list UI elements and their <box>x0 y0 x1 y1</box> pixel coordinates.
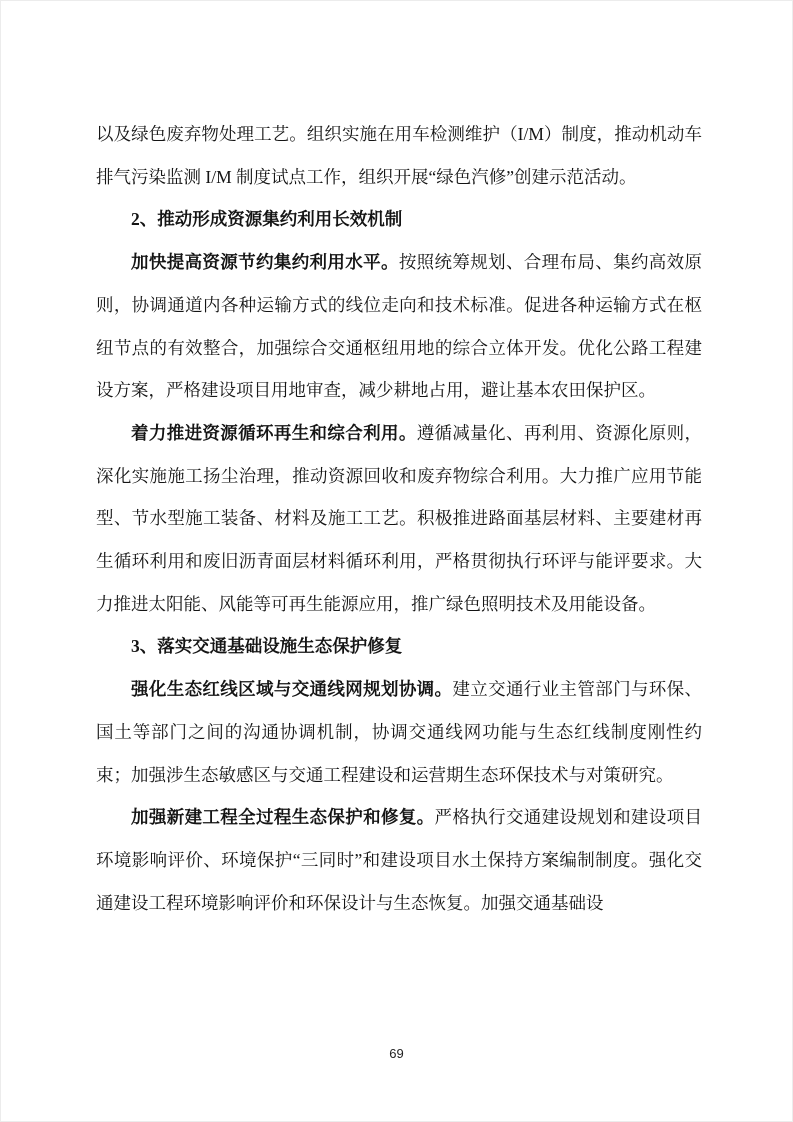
paragraph-resource-saving: 加快提高资源节约集约利用水平。按照统筹规划、合理布局、集约高效原则，协调通道内各… <box>96 241 702 412</box>
paragraph-new-construction: 加强新建工程全过程生态保护和修复。严格执行交通建设规划和建设项目环境影响评价、环… <box>96 796 702 924</box>
paragraph-text: 遵循减量化、再利用、资源化原则，深化实施施工扬尘治理，推动资源回收和废弃物综合利… <box>96 423 702 614</box>
paragraph-lead: 着力推进资源循环再生和综合利用。 <box>131 423 417 443</box>
document-page: 以及绿色废弃物处理工艺。组织实施在用车检测维护（I/M）制度，推动机动车排气污染… <box>0 0 793 1122</box>
paragraph-text: 按照统筹规划、合理布局、集约高效原则，协调通道内各种运输方式的线位走向和技术标准… <box>96 252 702 400</box>
heading-section-2: 2、推动形成资源集约利用长效机制 <box>96 198 702 241</box>
paragraph-text: 以及绿色废弃物处理工艺。组织实施在用车检测维护（I/M）制度，推动机动车排气污染… <box>96 124 702 187</box>
paragraph-lead: 强化生态红线区域与交通线网规划协调。 <box>131 679 452 699</box>
paragraph-recycling: 着力推进资源循环再生和综合利用。遵循减量化、再利用、资源化原则，深化实施施工扬尘… <box>96 412 702 626</box>
paragraph-eco-redline: 强化生态红线区域与交通线网规划协调。建立交通行业主管部门与环保、国土等部门之间的… <box>96 668 702 796</box>
paragraph-continued: 以及绿色废弃物处理工艺。组织实施在用车检测维护（I/M）制度，推动机动车排气污染… <box>96 113 702 198</box>
paragraph-lead: 加快提高资源节约集约利用水平。 <box>131 252 399 272</box>
heading-section-3: 3、落实交通基础设施生态保护修复 <box>96 625 702 668</box>
page-number: 69 <box>1 1046 792 1061</box>
paragraph-lead: 加强新建工程全过程生态保护和修复。 <box>131 807 435 827</box>
document-text-body: 以及绿色废弃物处理工艺。组织实施在用车检测维护（I/M）制度，推动机动车排气污染… <box>96 113 702 924</box>
